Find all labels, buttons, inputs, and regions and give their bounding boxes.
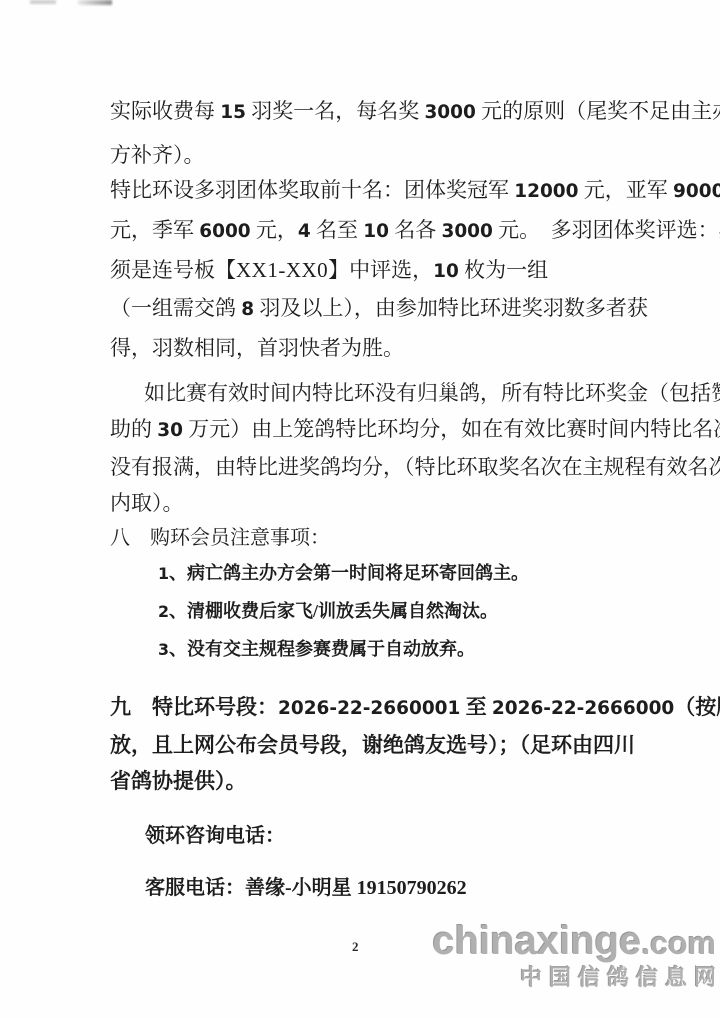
section-8-heading: 八 购环会员注意事项： bbox=[110, 521, 650, 550]
text-line: 客服电话：善缘-小明星 19150790262 bbox=[145, 871, 685, 900]
scanned-document-page: 实际收费每 15 羽奖一名，每名奖 3000 元的原则（尾奖不足由主办 方补齐）… bbox=[0, 0, 720, 1018]
section-9-ring-numbers: 九 特比环号段：2026-22-2660001 至 2026-22-266600… bbox=[110, 689, 650, 799]
text-line: 助的 30 万元）由上笼鸽特比环均分，如在有效比赛时间内特比名次 bbox=[110, 411, 650, 449]
scan-artifact bbox=[78, 0, 112, 5]
text-line: 特比环设多羽团体奖取前十名：团体奖冠军 12000 元，亚军 9000 bbox=[110, 171, 650, 211]
text-line: 没有报满，由特比进奖鸽均分，（特比环取奖名次在主规程有效名次 bbox=[110, 449, 650, 485]
text-line: 得，羽数相同，首羽快者为胜。 bbox=[110, 329, 650, 368]
watermark-caption: 中国信鸽信息网 bbox=[432, 965, 720, 991]
text-line: 实际收费每 15 羽奖一名，每名奖 3000 元的原则（尾奖不足由主办 bbox=[110, 90, 650, 134]
notice-item-1: 1、病亡鸽主办方会第一时间将足环寄回鸽主。 bbox=[158, 559, 698, 585]
text-line: 1、病亡鸽主办方会第一时间将足环寄回鸽主。 bbox=[158, 559, 698, 585]
paragraph-fee-basis: 实际收费每 15 羽奖一名，每名奖 3000 元的原则（尾奖不足由主办 方补齐）… bbox=[110, 90, 650, 177]
paragraph-no-homing-rule: 如比赛有效时间内特比环没有归巢鸽，所有特比环奖金（包括赞 助的 30 万元）由上… bbox=[110, 375, 650, 521]
ring-inquiry-phone-line: 领环咨询电话： bbox=[145, 819, 685, 848]
scan-artifact bbox=[30, 0, 56, 4]
text-line: 八 购环会员注意事项： bbox=[110, 521, 650, 550]
paragraph-team-award: 特比环设多羽团体奖取前十名：团体奖冠军 12000 元，亚军 9000 元，季军… bbox=[110, 171, 650, 291]
customer-service-phone-line: 客服电话：善缘-小明星 19150790262 bbox=[145, 871, 685, 900]
text-line: 元，季军 6000 元，4 名至 10 名各 3000 元。 多羽团体奖评选：必 bbox=[110, 211, 650, 251]
text-line: 内取）。 bbox=[110, 485, 650, 521]
paragraph-group-requirement: （一组需交鸽 8 羽及以上），由参加特比环进奖羽数多者获 得，羽数相同，首羽快者… bbox=[110, 289, 650, 368]
notice-item-3: 3、没有交主规程参赛费属于自动放弃。 bbox=[158, 635, 698, 661]
text-line: 九 特比环号段：2026-22-2660001 至 2026-22-266600… bbox=[110, 689, 650, 727]
text-line: 3、没有交主规程参赛费属于自动放弃。 bbox=[158, 635, 698, 661]
notice-item-2: 2、清棚收费后家飞/训放丢失属自然淘汰。 bbox=[158, 597, 698, 623]
page-number: 2 bbox=[352, 939, 359, 955]
text-line: 2、清棚收费后家飞/训放丢失属自然淘汰。 bbox=[158, 597, 698, 623]
watermark-domain-suffix: .com bbox=[641, 925, 716, 961]
watermark: chinaxinge.com 中国信鸽信息网 bbox=[432, 921, 716, 991]
text-line: 如比赛有效时间内特比环没有归巢鸽，所有特比环奖金（包括赞 bbox=[110, 375, 650, 411]
text-line: 省鸽协提供）。 bbox=[110, 763, 650, 799]
watermark-site-logo: chinaxinge.com bbox=[432, 921, 716, 963]
text-line: （一组需交鸽 8 羽及以上），由参加特比环进奖羽数多者获 bbox=[110, 289, 650, 329]
text-line: 放，且上网公布会员号段，谢绝鸽友选号）；（足环由四川 bbox=[110, 727, 650, 763]
text-line: 须是连号板【XX1-XX0】中评选，10 枚为一组 bbox=[110, 251, 650, 291]
text-line: 领环咨询电话： bbox=[145, 819, 685, 848]
watermark-site-name: chinaxinge bbox=[432, 919, 641, 963]
